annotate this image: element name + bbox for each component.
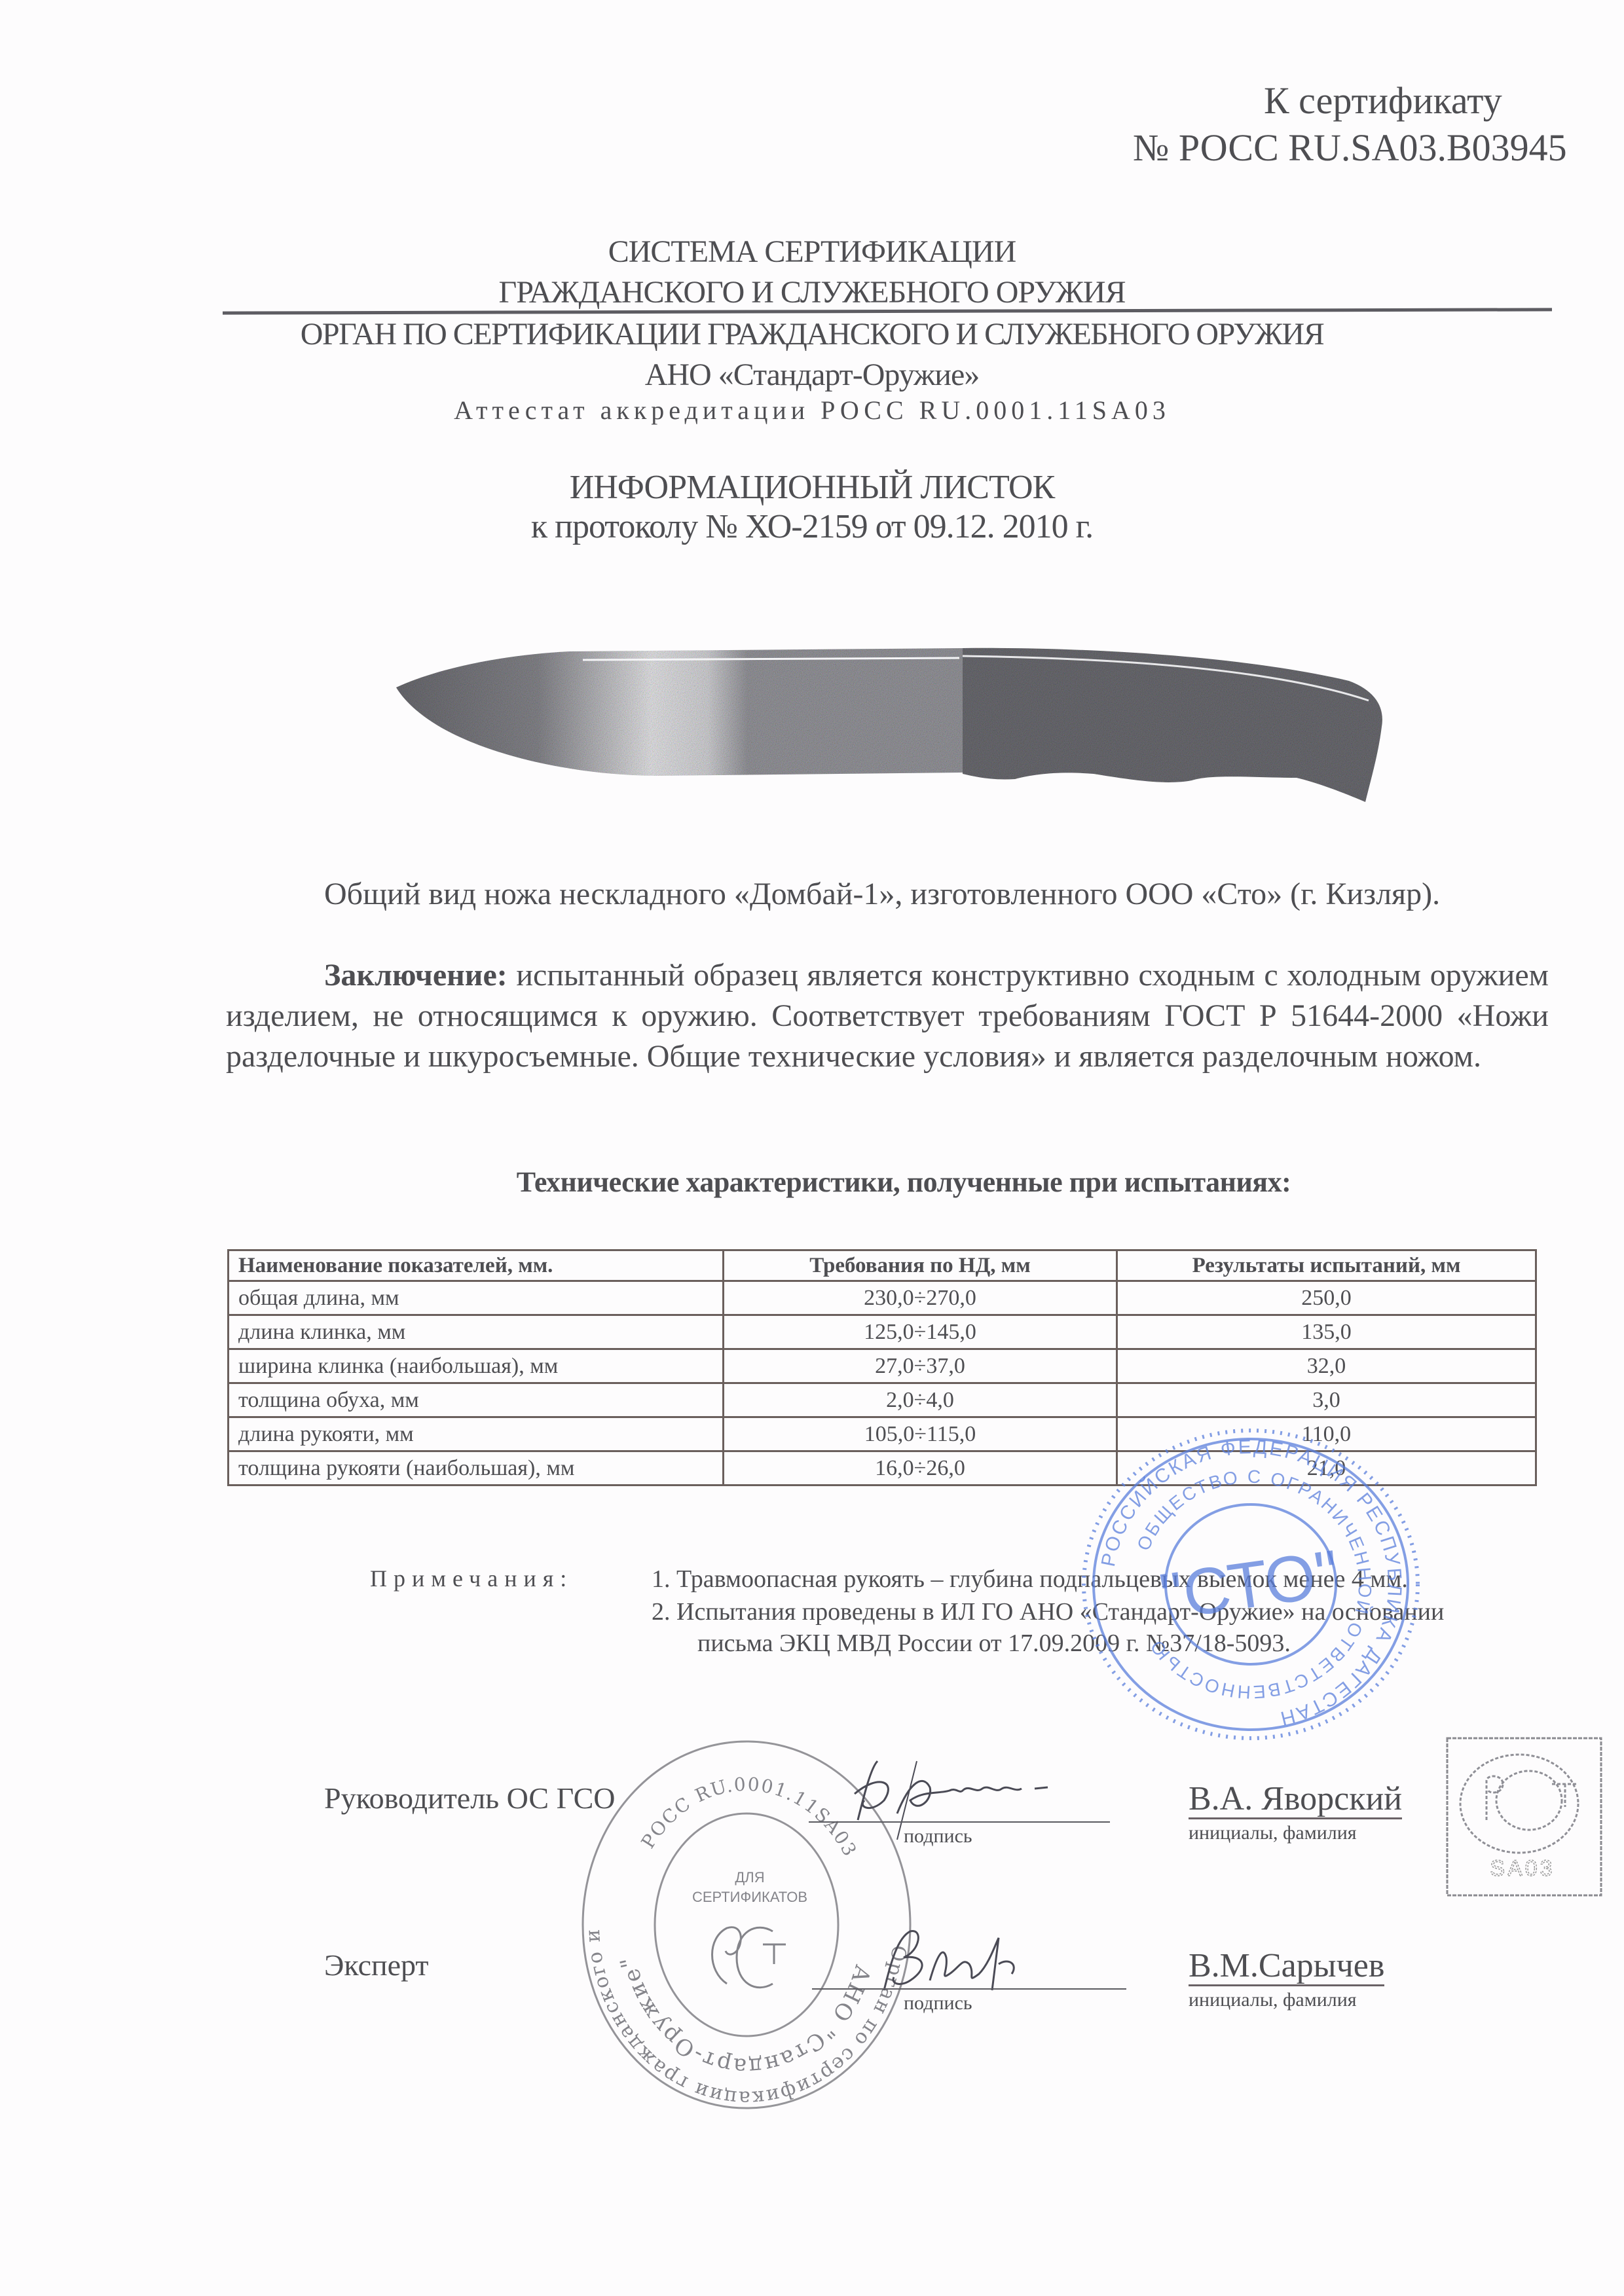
protocol-reference: к протоколу № ХО-2159 от 09.12. 2010 г. bbox=[0, 507, 1624, 546]
knife-photo bbox=[386, 629, 1388, 805]
header-requirement: Требования по НД, мм bbox=[724, 1250, 1117, 1281]
head-signature bbox=[819, 1755, 1159, 1840]
expert-name-caption: инициалы, фамилия bbox=[1189, 1989, 1357, 2011]
requirement-cell: 2,0÷4,0 bbox=[724, 1383, 1117, 1417]
header-parameter: Наименование показателей, мм. bbox=[229, 1250, 724, 1281]
result-cell: 250,0 bbox=[1117, 1281, 1536, 1315]
head-signature-line bbox=[809, 1821, 1110, 1823]
stamp-center-text: "СТО" bbox=[1155, 1537, 1343, 1634]
accreditation-number: Аттестат аккредитации РОСС RU.0001.11SA0… bbox=[0, 395, 1624, 426]
certification-body: ОРГАН ПО СЕРТИФИКАЦИИ ГРАЖДАНСКОГО И СЛУ… bbox=[0, 316, 1624, 352]
description-text: Общий вид ножа нескладного «Домбай-1», и… bbox=[324, 877, 1440, 911]
result-cell: 3,0 bbox=[1117, 1383, 1536, 1417]
conclusion-paragraph: Заключение: испытанный образец является … bbox=[226, 955, 1549, 1077]
notes-label: Примечания: bbox=[370, 1565, 573, 1592]
rst-logo-icon bbox=[712, 1927, 786, 1988]
header-result: Результаты испытаний, мм bbox=[1117, 1250, 1536, 1281]
table-header-row: Наименование показателей, мм. Требования… bbox=[229, 1250, 1536, 1281]
description-paragraph: Общий вид ножа нескладного «Домбай-1», и… bbox=[226, 874, 1549, 915]
table-row: толщина обуха, мм 2,0÷4,0 3,0 bbox=[229, 1383, 1536, 1417]
head-name-caption: инициалы, фамилия bbox=[1189, 1822, 1357, 1844]
svg-text:ДЛЯ: ДЛЯ bbox=[735, 1869, 764, 1886]
table-row: длина клинка, мм 125,0÷145,0 135,0 bbox=[229, 1315, 1536, 1349]
requirement-cell: 125,0÷145,0 bbox=[724, 1315, 1117, 1349]
requirement-cell: 27,0÷37,0 bbox=[724, 1349, 1117, 1383]
system-title-line2: ГРАЖДАНСКОГО И СЛУЖЕБНОГО ОРУЖИЯ bbox=[0, 273, 1624, 312]
organization-name: АНО «Стандарт-Оружие» bbox=[0, 357, 1624, 393]
requirement-cell: 105,0÷115,0 bbox=[724, 1417, 1117, 1451]
head-name: В.А. Яворский bbox=[1189, 1781, 1402, 1819]
svg-text:СЕРТИФИКАТОВ: СЕРТИФИКАТОВ bbox=[692, 1889, 807, 1905]
expert-role-label: Эксперт bbox=[324, 1948, 429, 1982]
result-cell: 135,0 bbox=[1117, 1315, 1536, 1349]
parameter-cell: длина рукояти, мм bbox=[229, 1417, 724, 1451]
requirement-cell: 230,0÷270,0 bbox=[724, 1281, 1117, 1315]
table-row: ширина клинка (наибольшая), мм 27,0÷37,0… bbox=[229, 1349, 1536, 1383]
blade bbox=[396, 648, 963, 776]
parameter-cell: длина клинка, мм bbox=[229, 1315, 724, 1349]
cert-ref-number: № РОСС RU.SA03.B03945 bbox=[1133, 126, 1567, 170]
rst-certification-mark-icon: SA03 bbox=[1437, 1728, 1608, 1899]
system-title-line1: СИСТЕМА СЕРТИФИКАЦИИ bbox=[0, 232, 1624, 272]
parameter-cell: ширина клинка (наибольшая), мм bbox=[229, 1349, 724, 1383]
parameter-cell: толщина обуха, мм bbox=[229, 1383, 724, 1417]
conclusion-label: Заключение: bbox=[324, 958, 507, 993]
expert-signature-line bbox=[812, 1988, 1126, 1990]
parameter-cell: толщина рукояти (наибольшая), мм bbox=[229, 1451, 724, 1485]
specs-title: Технические характеристики, полученные п… bbox=[393, 1165, 1414, 1199]
document-title: ИНФОРМАЦИОННЫЙ ЛИСТОК bbox=[0, 468, 1624, 507]
head-role-label: Руководитель ОС ГСО bbox=[324, 1781, 616, 1815]
requirement-cell: 16,0÷26,0 bbox=[724, 1451, 1117, 1485]
cert-ref-line1: К сертификату bbox=[1264, 79, 1502, 122]
head-signature-caption: подпись bbox=[904, 1825, 972, 1848]
expert-signature-caption: подпись bbox=[904, 1992, 972, 2014]
expert-signature bbox=[864, 1918, 1048, 2003]
svg-text:SA03: SA03 bbox=[1490, 1856, 1555, 1881]
handle bbox=[963, 648, 1382, 802]
expert-name: В.М.Сарычев bbox=[1189, 1948, 1384, 1986]
table-row: общая длина, мм 230,0÷270,0 250,0 bbox=[229, 1281, 1536, 1315]
company-seal-stamp: РОССИЙСКАЯ ФЕДЕРАЦИЯ РЕСПУБЛИКА ДАГЕСТАН… bbox=[1074, 1424, 1428, 1745]
result-cell: 32,0 bbox=[1117, 1349, 1536, 1383]
parameter-cell: общая длина, мм bbox=[229, 1281, 724, 1315]
